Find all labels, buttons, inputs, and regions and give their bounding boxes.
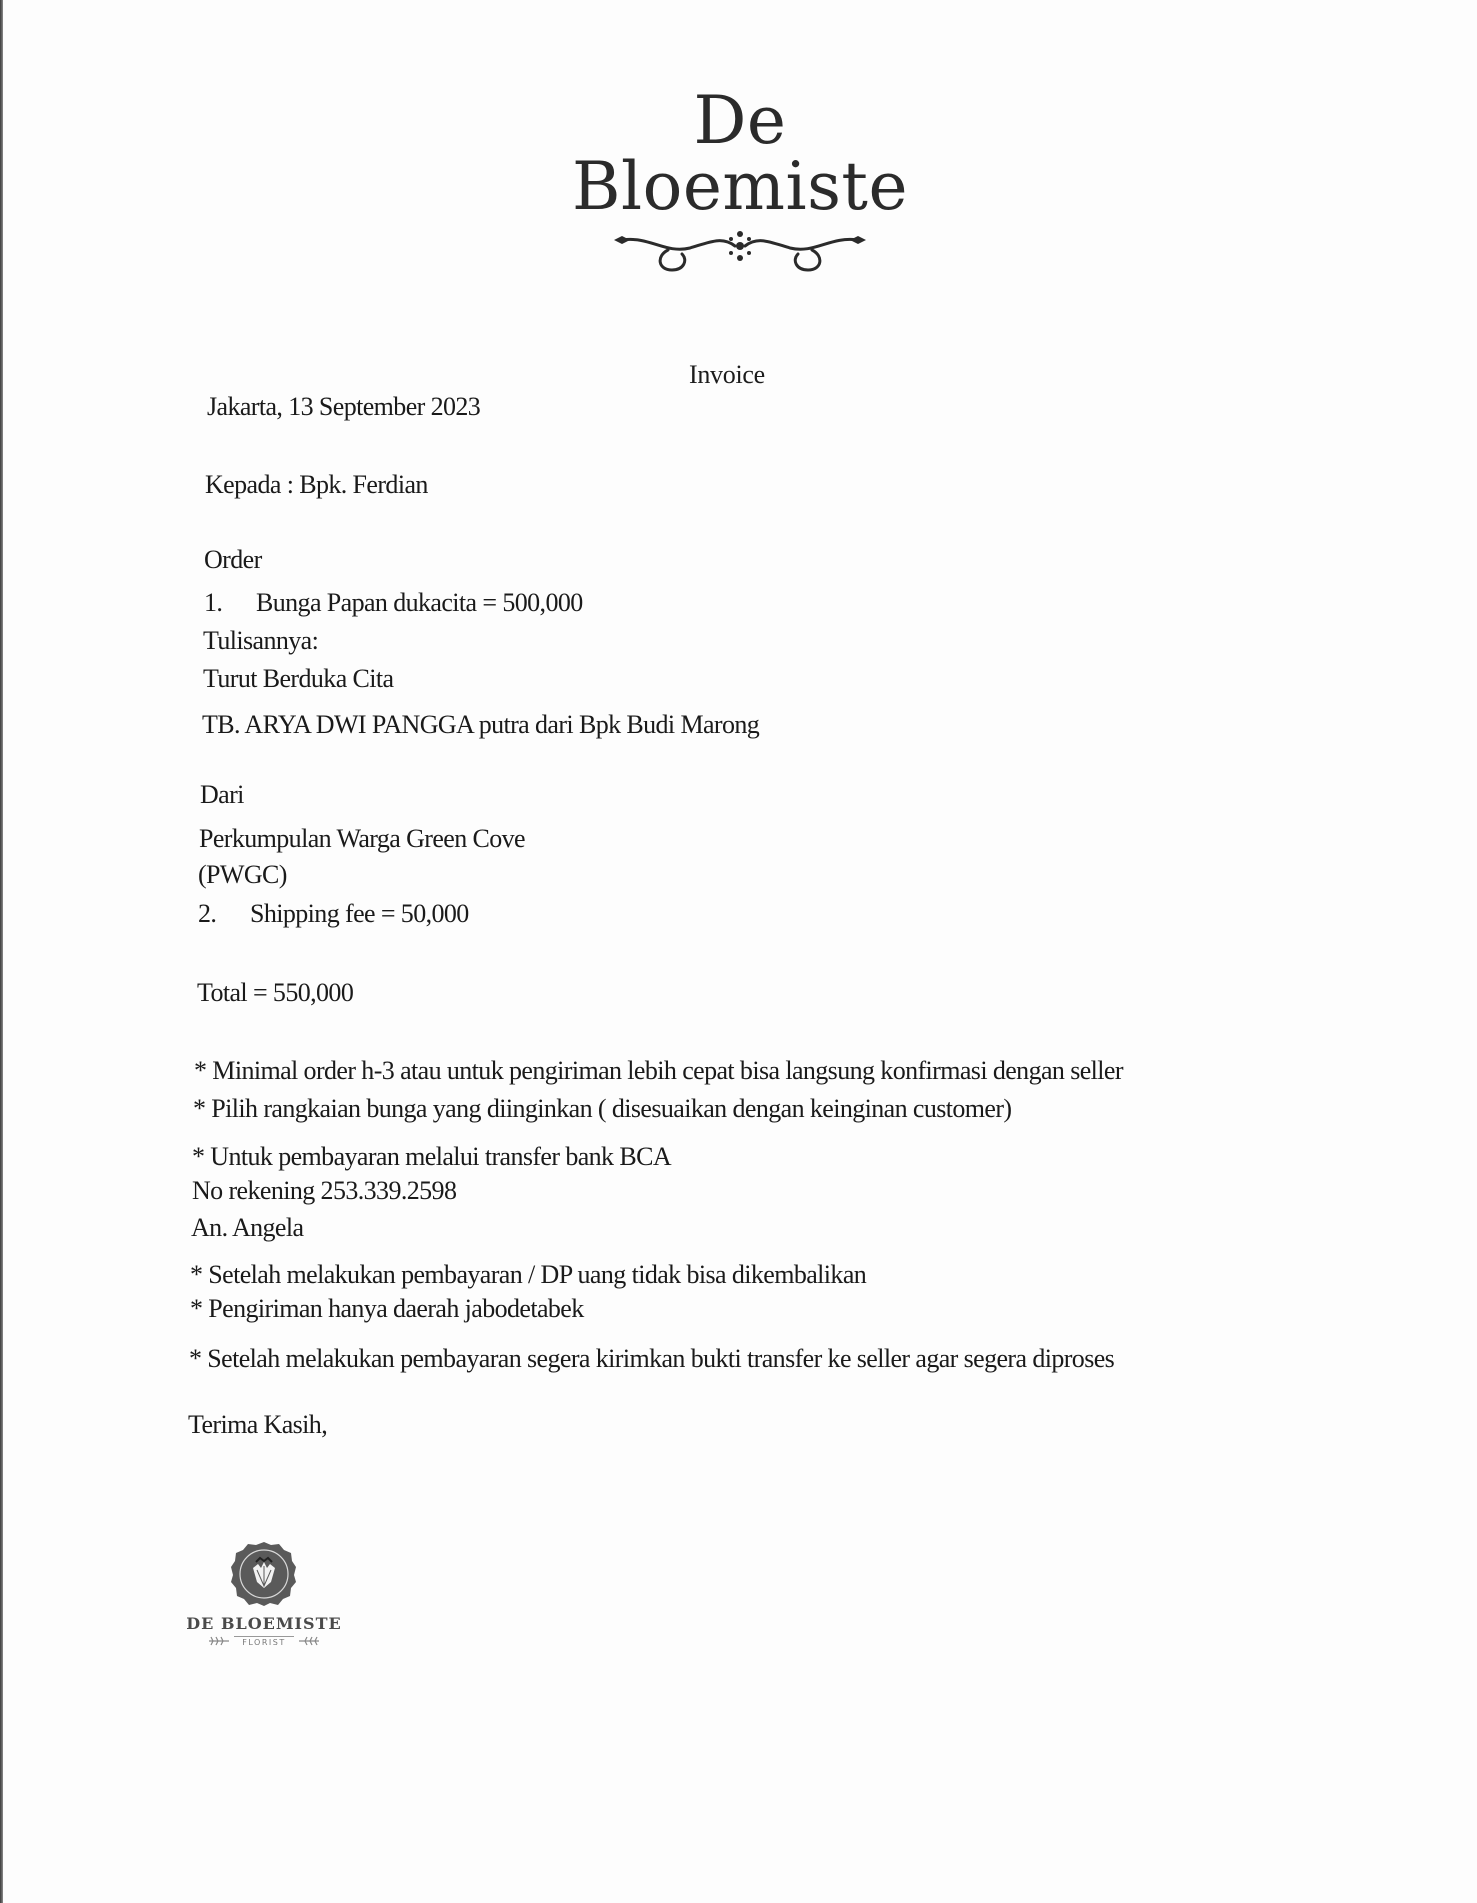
invoice-page: De Bloemiste Invoice Jakarta, 13 Sep	[0, 0, 1477, 1903]
order-item-2: 2.Shipping fee = 50,000	[198, 901, 469, 927]
account-number: No rekening 253.339.2598	[192, 1178, 456, 1204]
order-item-description: Bunga Papan dukacita = 500,000	[256, 588, 583, 617]
order-item-description: Shipping fee = 50,000	[250, 899, 469, 928]
from-line: (PWGC)	[198, 862, 287, 888]
note: * Minimal order h-3 atau untuk pengirima…	[194, 1058, 1123, 1084]
flourish-ornament-icon	[610, 226, 870, 274]
brand-name: De Bloemiste	[520, 88, 960, 220]
stamp-subtitle: FLORIST	[234, 1636, 293, 1647]
stamp-subtitle-row: FLORIST	[184, 1635, 344, 1647]
note: * Setelah melakukan pembayaran segera ki…	[189, 1346, 1114, 1372]
note: * Setelah melakukan pembayaran / DP uang…	[190, 1262, 866, 1288]
order-heading: Order	[204, 547, 262, 573]
sprig-left-icon	[208, 1635, 230, 1647]
inscription-line: TB. ARYA DWI PANGGA putra dari Bpk Budi …	[202, 712, 759, 738]
inscription-label: Tulisannya:	[203, 628, 318, 654]
from-line: Perkumpulan Warga Green Cove	[199, 826, 525, 852]
order-item-1: 1.Bunga Papan dukacita = 500,000	[204, 590, 583, 616]
document-title: Invoice	[689, 360, 765, 390]
note: * Untuk pembayaran melalui transfer bank…	[192, 1144, 671, 1170]
account-name: An. Angela	[191, 1215, 303, 1241]
company-stamp: DE BLOEMISTE FLORIST	[184, 1540, 344, 1647]
total: Total = 550,000	[197, 980, 353, 1006]
order-item-number: 2.	[198, 901, 250, 927]
stamp-name: DE BLOEMISTE	[184, 1614, 344, 1633]
order-item-number: 1.	[204, 590, 256, 616]
from-label: Dari	[200, 782, 244, 808]
inscription-line: Turut Berduka Cita	[203, 666, 393, 692]
note: * Pilih rangkaian bunga yang diinginkan …	[193, 1096, 1011, 1122]
recipient: Kepada : Bpk. Ferdian	[205, 472, 428, 498]
note: * Pengiriman hanya daerah jabodetabek	[190, 1296, 584, 1322]
sprig-right-icon	[298, 1635, 320, 1647]
flower-seal-icon	[231, 1540, 297, 1606]
place-date: Jakarta, 13 September 2023	[207, 394, 480, 420]
brand-header: De Bloemiste	[520, 88, 960, 274]
closing: Terima Kasih,	[188, 1412, 327, 1438]
